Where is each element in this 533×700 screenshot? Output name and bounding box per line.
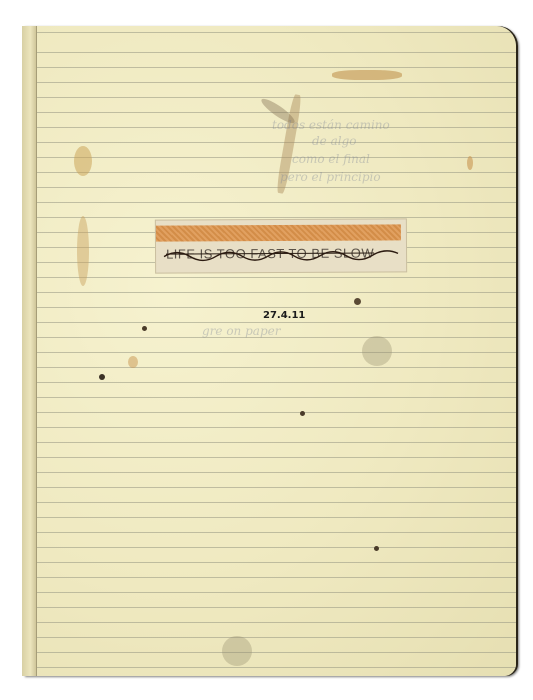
grey-stain <box>222 636 252 666</box>
coffee-stain <box>74 146 92 176</box>
scribble-icon <box>162 245 402 262</box>
coffee-stain <box>467 156 473 170</box>
coffee-stain <box>77 216 89 286</box>
ruled-lines <box>22 26 516 676</box>
grey-stain <box>362 336 392 366</box>
dark-spot <box>354 298 361 305</box>
pencil-note: como el final <box>292 152 370 166</box>
coffee-stain <box>128 356 138 368</box>
tape-stripe <box>156 224 401 241</box>
tape-label: LIFE IS TOO FAST TO BE SLOW <box>155 218 407 273</box>
dark-spot <box>374 546 379 551</box>
dark-spot <box>99 374 105 380</box>
dark-spot <box>300 411 305 416</box>
pencil-note: de algo <box>312 134 357 148</box>
handwritten-date: 27.4.11 <box>263 310 305 321</box>
dark-spot <box>142 326 147 331</box>
notebook-page: todos están camino de algo como el final… <box>22 26 516 676</box>
pencil-note: gre on paper <box>202 324 280 338</box>
coffee-stain <box>332 70 402 80</box>
page-margin-spine <box>22 26 37 676</box>
pencil-note: pero el principio <box>280 170 381 184</box>
pencil-note: todos están camino <box>272 118 390 132</box>
